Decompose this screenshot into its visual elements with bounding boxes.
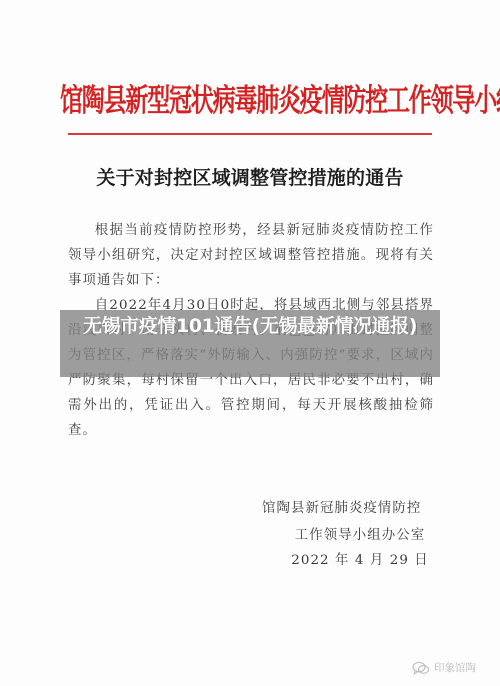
document-page: 馆陶县新型冠状病毒肺炎疫情防控工作领导小组办公室 关于对封控区域调整管控措施的通… (0, 0, 500, 686)
paragraph-intro: 根据当前疫情防控形势，经县新冠肺炎疫情防控工作领导小组研究，决定对封控区域调整管… (68, 218, 434, 293)
watermark: 印象馆陶 (412, 660, 476, 675)
document-title: 关于对封控区域调整管控措施的通告 (60, 163, 440, 190)
wechat-chat-icon (412, 661, 430, 675)
watermark-label: 印象馆陶 (434, 660, 476, 675)
org-header: 馆陶县新型冠状病毒肺炎疫情防控工作领导小组办公室 (60, 76, 440, 121)
header-divider (68, 133, 432, 135)
overlay-title: 无锡市疫情101通告(无锡最新情况通报) (60, 312, 440, 341)
signature-org-line2: 工作领导小组办公室 (260, 524, 460, 543)
signature-org-line1: 馆陶县新冠肺炎疫情防控 (262, 497, 462, 516)
signature-date: 2022 年 4 月 29 日 (260, 549, 460, 568)
